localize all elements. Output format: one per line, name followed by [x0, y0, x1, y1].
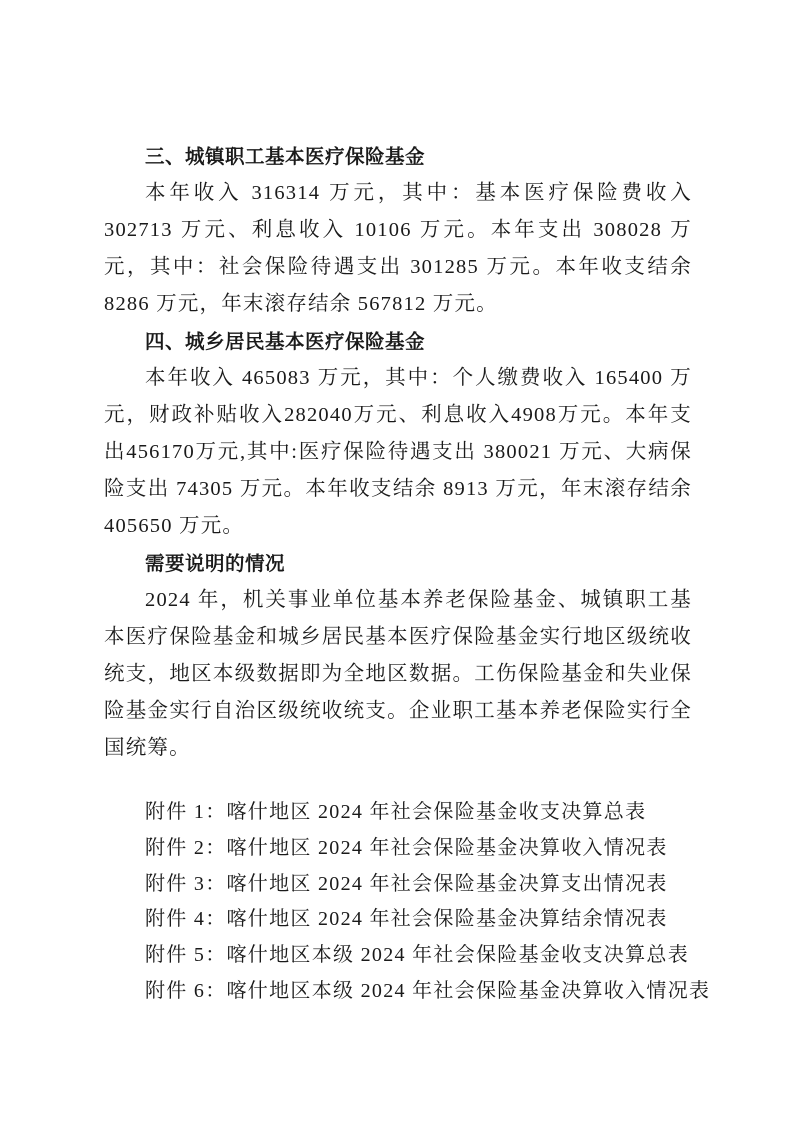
attachment-item: 附件 1：喀什地区 2024 年社会保险基金收支决算总表 — [145, 795, 705, 831]
section-heading-urban-employee-medical: 三、城镇职工基本医疗保险基金 — [104, 138, 692, 175]
document-body: 三、城镇职工基本医疗保险基金 本年收入 316314 万元，其中：基本医疗保险费… — [104, 138, 692, 767]
attachment-item: 附件 4：喀什地区 2024 年社会保险基金决算结余情况表 — [145, 902, 705, 938]
section-paragraph-notes: 2024 年，机关事业单位基本养老保险基金、城镇职工基本医疗保险基金和城乡居民基… — [104, 582, 692, 767]
section-heading-notes: 需要说明的情况 — [104, 545, 692, 582]
attachment-item: 附件 3：喀什地区 2024 年社会保险基金决算支出情况表 — [145, 867, 705, 903]
section-paragraph-resident-medical: 本年收入 465083 万元，其中：个人缴费收入 165400 万元，财政补贴收… — [104, 360, 692, 545]
attachment-item: 附件 6：喀什地区本级 2024 年社会保险基金决算收入情况表 — [145, 974, 705, 1010]
attachment-item: 附件 2：喀什地区 2024 年社会保险基金决算收入情况表 — [145, 831, 705, 867]
section-paragraph-urban-employee-medical: 本年收入 316314 万元，其中：基本医疗保险费收入 302713 万元、利息… — [104, 175, 692, 323]
section-heading-resident-medical: 四、城乡居民基本医疗保险基金 — [104, 323, 692, 360]
attachment-list: 附件 1：喀什地区 2024 年社会保险基金收支决算总表 附件 2：喀什地区 2… — [145, 795, 705, 1010]
attachment-item: 附件 5：喀什地区本级 2024 年社会保险基金收支决算总表 — [145, 938, 705, 974]
